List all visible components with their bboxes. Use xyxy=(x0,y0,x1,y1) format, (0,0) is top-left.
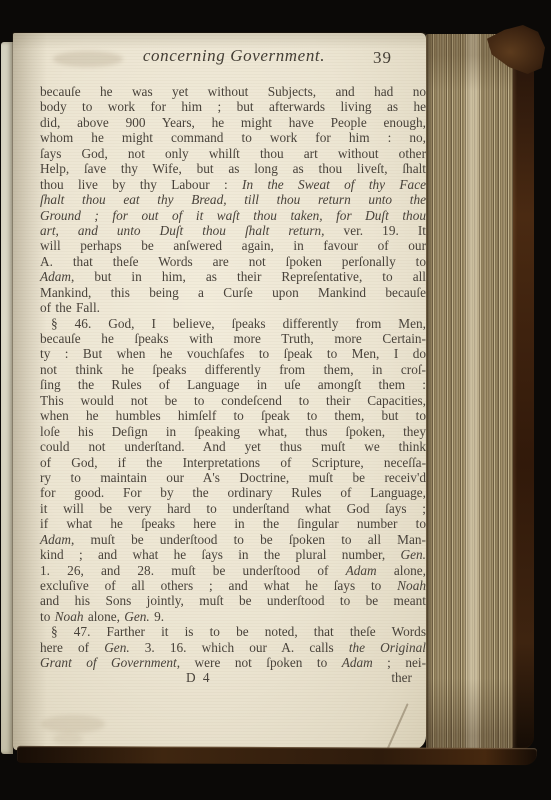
text-line: it will be very hard to underſtand what … xyxy=(40,501,426,516)
text-line: art, and unto Duſt thou ſhalt return, ve… xyxy=(40,223,426,238)
text-line: § 47. Farther it is to be noted, that th… xyxy=(40,624,426,639)
signature-line: D 4 ther xyxy=(40,670,426,688)
text-line: loſe his Deſign in ſpeaking what, thus ſ… xyxy=(40,424,426,439)
text-line: becauſe he ſpeaks with more Truth, more … xyxy=(40,331,426,346)
text-line: body to work for him ; but afterwards li… xyxy=(40,99,426,114)
text-line: and his Sons jointly, muſt be underſtood… xyxy=(40,593,426,608)
text-line: whom he might command to work for him : … xyxy=(40,130,426,145)
catchword: ther xyxy=(391,670,412,686)
facing-page-edge xyxy=(1,42,13,754)
running-title: concerning Government. xyxy=(96,46,372,66)
book-photograph: concerning Government. 39 becauſe he was… xyxy=(0,0,551,800)
book-page: concerning Government. 39 becauſe he was… xyxy=(13,33,426,750)
text-line: This would not be to condeſcend to their… xyxy=(40,393,426,408)
show-through-smudge xyxy=(53,733,83,745)
text-line: ty : But when he vouchſafes to ſpeak to … xyxy=(40,346,426,361)
leather-cover-edge xyxy=(513,38,534,749)
text-line: Adam, muſt be underſtood to be ſpoken to… xyxy=(40,532,426,547)
text-line: will perhaps be anſwered again, in favou… xyxy=(40,238,426,253)
text-line: kind ; and what he ſays in the plural nu… xyxy=(40,547,426,562)
text-line: ſays God, not only whilſt thou art witho… xyxy=(40,146,426,161)
text-line: here of Gen. 3. 16. which our A. calls t… xyxy=(40,640,426,655)
text-line: Adam, but in him, as their Repreſentativ… xyxy=(40,269,426,284)
text-line: 1. 26, and 28. muſt be underſtood of Ada… xyxy=(40,563,426,578)
text-line: becauſe he was yet without Subjects, and… xyxy=(40,84,426,99)
text-line: A. that theſe Words are not ſpoken perſo… xyxy=(40,254,426,269)
text-lines: becauſe he was yet without Subjects, and… xyxy=(40,84,426,671)
leather-cover-bottom xyxy=(17,746,537,765)
gathering-signature: D 4 xyxy=(186,670,212,686)
page-number: 39 xyxy=(373,48,392,68)
text-line: of the Fall. xyxy=(40,300,426,315)
text-line: Mankind, this being a Curſe upon Mankind… xyxy=(40,285,426,300)
text-line: for good. For by the ordinary Rules of L… xyxy=(40,485,426,500)
text-line: Ground ; for out of it waſt thou taken, … xyxy=(40,208,426,223)
text-line: Grant of Government, were not ſpoken to … xyxy=(40,655,426,670)
text-line: of God, if the Interpretations of Script… xyxy=(40,455,426,470)
text-line: not think he ſpeaks differently from the… xyxy=(40,362,426,377)
fore-edge-page-stack xyxy=(426,34,514,750)
text-line: excluſive of all others ; and what he ſa… xyxy=(40,578,426,593)
text-line: Help, ſave thy Wife, but as long as thou… xyxy=(40,161,426,176)
show-through-smudge xyxy=(41,715,105,733)
text-line: ry to maintain our A's Doctrine, muſt be… xyxy=(40,470,426,485)
text-line: could not underſtand. And yet thus muſt … xyxy=(40,439,426,454)
text-line: when he humbles himſelf to ſpeak to them… xyxy=(40,408,426,423)
text-line: did, above 900 Years, he might have Peop… xyxy=(40,115,426,130)
text-line: if what he ſpeaks here in the ſingular n… xyxy=(40,516,426,531)
text-line: ſhalt thou eat thy Bread, till thou retu… xyxy=(40,192,426,207)
page-header: concerning Government. 39 xyxy=(40,46,426,74)
text-line: § 46. God, I believe, ſpeaks differently… xyxy=(40,316,426,331)
text-line: thou live by thy Labour : In the Sweat o… xyxy=(40,177,426,192)
text-line: to Noah alone, Gen. 9. xyxy=(40,609,426,624)
text-line: ſing the Rules of Language in uſe amongſ… xyxy=(40,377,426,392)
